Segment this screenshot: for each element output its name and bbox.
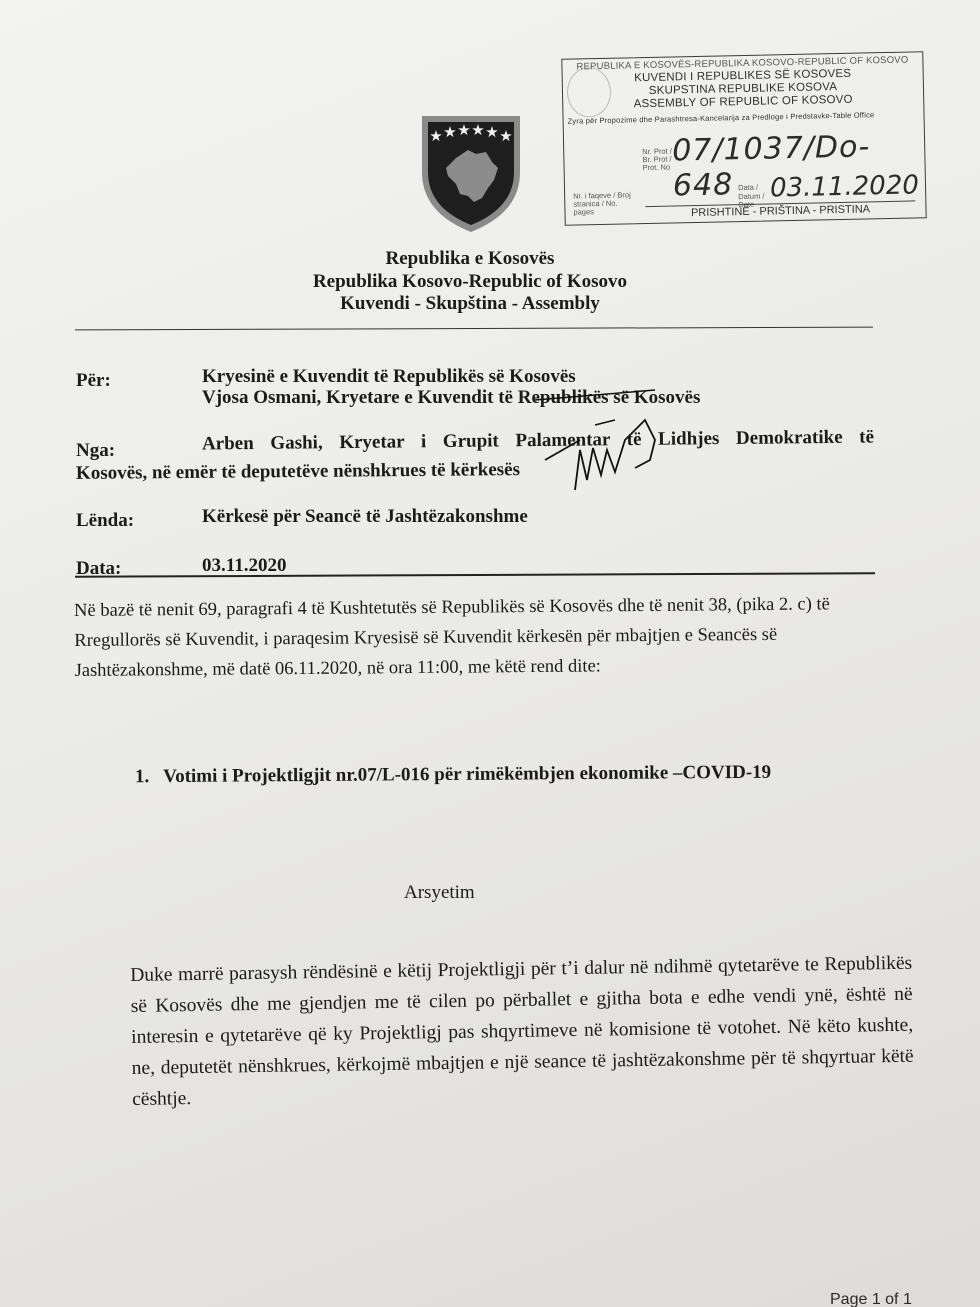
reasoning-paragraph: Duke marrë parasysh rëndësinë e këtij Pr… (130, 948, 914, 1115)
kosovo-coat-of-arms-icon: ★★★ ★★★ (416, 110, 526, 235)
sender-label: Nga: (76, 440, 115, 462)
stamp-city: PRISHTINË - PRIŠTINA - PRISTINA (645, 200, 915, 220)
svg-text:★: ★ (457, 121, 470, 139)
reasoning-title: Arsyetim (404, 882, 475, 904)
page-number: Page 1 of 1 (830, 1291, 912, 1307)
stamp-protocol-label: Nr. Prot / Br. Prot / Prot. No (642, 148, 672, 173)
intro-paragraph: Në bazë të nenit 69, paragrafi 4 të Kush… (74, 589, 885, 686)
header-line-3: Kuvendi - Skupština - Assembly (290, 293, 650, 316)
sender-line-2: Kosovës, në emër të deputetëve nënshkrue… (76, 459, 520, 485)
recipient-label: Për: (76, 370, 111, 392)
memo-divider (75, 572, 875, 577)
header-line-1: Republika e Kosovës (290, 248, 650, 271)
stamp-pages-label: Nr. i faqeve / Broj stranica / No. pages (573, 191, 633, 216)
stamp-office: Zyra për Propozime dhe Parashtresa-Kance… (568, 109, 928, 126)
date-value: 03.11.2020 (202, 555, 286, 577)
document-header: Republika e Kosovës Republika Kosovo-Rep… (290, 248, 650, 316)
agenda-item-text: Votimi i Projektligjit nr.07/L-016 për r… (163, 762, 771, 787)
registry-stamp: REPUBLIKA E KOSOVËS-REPUBLIKA KOSOVO-REP… (561, 51, 926, 226)
recipient-line-1: Kryesinë e Kuvendit të Republikës së Kos… (202, 366, 576, 388)
svg-text:★: ★ (499, 127, 512, 145)
handwritten-signature (535, 380, 695, 510)
header-line-2: Republika Kosovo-Republic of Kosovo (290, 271, 650, 294)
svg-text:★: ★ (443, 123, 456, 141)
agenda-item-number: 1. (135, 766, 149, 787)
stamp-date: 03.11.2020 (770, 170, 919, 203)
svg-text:★: ★ (471, 121, 484, 139)
svg-text:★: ★ (429, 127, 442, 145)
svg-text:★: ★ (485, 123, 498, 141)
subject-label: Lënda: (76, 510, 134, 532)
agenda-item: 1. Votimi i Projektligjit nr.07/L-016 pë… (135, 762, 771, 788)
subject-value: Kërkesë për Seancë të Jashtëzakonshme (202, 506, 528, 528)
header-divider (75, 327, 873, 331)
